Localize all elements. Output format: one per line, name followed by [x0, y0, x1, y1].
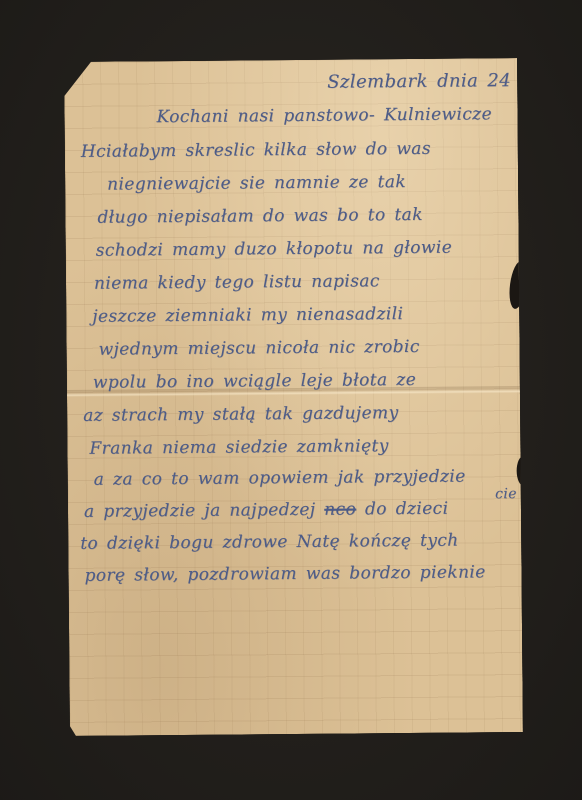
wrapped-word-fragment: cie	[495, 486, 517, 502]
correction-after: do dzieci	[356, 499, 448, 520]
letter-line: to dzięki bogu zdrowe Natę kończę tych	[80, 531, 459, 554]
correction-before: a przyjedzie ja najpedzej	[84, 500, 324, 522]
letter-line: az strach my stałą tak gazdujemy	[83, 403, 399, 426]
letter-line-with-correction: a przyjedzie ja najpedzej nco do dzieci	[84, 499, 449, 522]
letter-line: schodzi mamy duzo kłopotu na głowie	[96, 238, 453, 261]
letter-line: wpolu bo ino wciągle leje błota ze	[93, 370, 416, 393]
paper-edge-tear	[507, 260, 529, 310]
paper-edge-tear	[517, 456, 531, 486]
date-line: Szlembark dnia 24	[327, 70, 511, 93]
letter-line: porę słow, pozdrowiam was bordzo pieknie	[84, 562, 485, 585]
letter-line: wjednym miejscu nicoła nic zrobic	[98, 337, 419, 360]
letter-line: niegniewajcie sie namnie ze tak	[107, 172, 406, 195]
salutation-line: Kochani nasi panstowo- Kulniewicze	[156, 104, 492, 127]
struck-out-word: nco	[324, 499, 356, 519]
letter-line: niema kiedy tego listu napisac	[94, 271, 380, 293]
letter-paper: Szlembark dnia 24 Kochani nasi panstowo-…	[64, 58, 523, 736]
letter-line: a za co to wam opowiem jak przyjedzie	[94, 467, 466, 490]
letter-line: jeszcze ziemniaki my nienasadzili	[92, 304, 403, 327]
letter-line: Franka niema siedzie zamknięty	[89, 436, 388, 459]
letter-line: Hciałabym skreslic kilka słow do was	[81, 139, 431, 162]
letter-line: długo niepisałam do was bo to tak	[97, 205, 423, 228]
